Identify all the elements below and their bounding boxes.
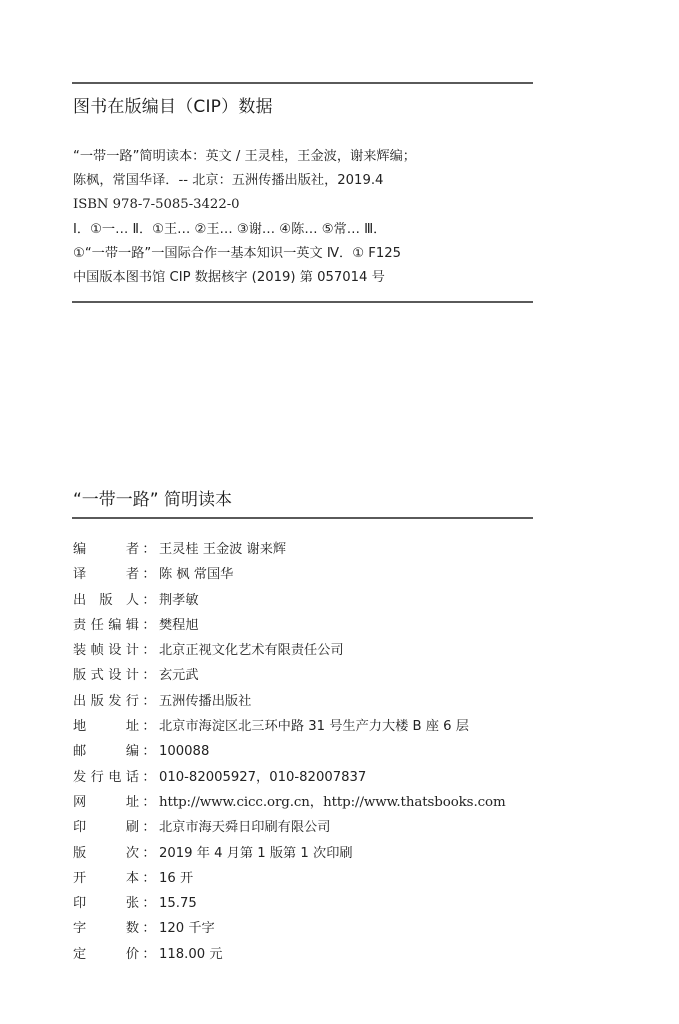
colophon-row-4: 装帧设计 ： 北京正视文化艺术有限责任公司 xyxy=(73,638,553,663)
colophon-row-2: 出版人 ： 荆孝敏 xyxy=(73,588,553,613)
colophon-row-13: 开本 ： 16 开 xyxy=(73,866,553,891)
colophon-row-colon: ： xyxy=(139,942,159,967)
colophon-label-char: 者 xyxy=(126,562,139,587)
colophon-row-label: 邮编 xyxy=(73,739,139,764)
book-title: “一带一路” 简明读本 xyxy=(73,489,232,511)
colophon-label-char: 版 xyxy=(99,588,112,613)
colophon-row-label: 责任编辑 xyxy=(73,613,139,638)
colophon-label-char: 电 xyxy=(108,765,121,790)
website-urls: http://www.cicc.org.cn，http://www.thatsb… xyxy=(159,790,553,815)
colophon-row-6: 出版发行 ： 五洲传播出版社 xyxy=(73,689,553,714)
colophon-label-char: 邮 xyxy=(73,739,86,764)
colophon-label-char: 者 xyxy=(126,537,139,562)
colophon-row-value: 陈 枫 常国华 xyxy=(159,562,553,587)
colophon-row-value: 118.00 元 xyxy=(159,942,553,967)
colophon-row-label: 发行电话 xyxy=(73,765,139,790)
colophon-row-value: 120 千字 xyxy=(159,916,553,941)
colophon-label-char: 人 xyxy=(126,588,139,613)
colophon-label-char: 址 xyxy=(126,790,139,815)
cip-bottom-rule xyxy=(72,301,533,303)
colophon-label-char: 出 xyxy=(73,588,86,613)
colophon-label-char: 计 xyxy=(126,663,139,688)
colophon-row-label: 印张 xyxy=(73,891,139,916)
colophon-label-char: 版 xyxy=(73,841,86,866)
title-rule xyxy=(72,517,533,519)
colophon-label-char: 价 xyxy=(126,942,139,967)
colophon-list: 编者 ： 王灵桂 王金波 谢来辉 译者 ： 陈 枫 常国华 出版人 ： 荆孝敏 … xyxy=(73,537,553,967)
colophon-label-char: 网 xyxy=(73,790,86,815)
colophon-row-label: 版次 xyxy=(73,841,139,866)
colophon-label-char: 任 xyxy=(91,613,104,638)
colophon-row-value: 北京市海天舜日印刷有限公司 xyxy=(159,815,553,840)
colophon-label-char: 帧 xyxy=(91,638,104,663)
colophon-row-label: 开本 xyxy=(73,866,139,891)
cip-line-isbn: ISBN 978-7-5085-3422-0 xyxy=(73,193,543,217)
colophon-row-colon: ： xyxy=(139,638,159,663)
colophon-label-char: 发 xyxy=(73,765,86,790)
colophon-label-char: 责 xyxy=(73,613,86,638)
colophon-row-value: 樊程旭 xyxy=(159,613,553,638)
colophon-row-colon: ： xyxy=(139,739,159,764)
colophon-row-value: 五洲传播出版社 xyxy=(159,689,553,714)
colophon-row-label: 装帧设计 xyxy=(73,638,139,663)
colophon-row-colon: ： xyxy=(139,663,159,688)
colophon-label-char: 编 xyxy=(73,537,86,562)
colophon-label-char: 数 xyxy=(126,916,139,941)
colophon-row-14: 印张 ： 15.75 xyxy=(73,891,553,916)
colophon-row-value: 010-82005927，010-82007837 xyxy=(159,765,553,790)
colophon-label-char: 版 xyxy=(73,663,86,688)
colophon-label-char: 行 xyxy=(126,689,139,714)
colophon-row-label: 出版人 xyxy=(73,588,139,613)
colophon-row-value: 北京正视文化艺术有限责任公司 xyxy=(159,638,553,663)
colophon-row-9: 发行电话 ： 010-82005927，010-82007837 xyxy=(73,765,553,790)
colophon-label-char: 话 xyxy=(126,765,139,790)
colophon-label-char: 发 xyxy=(108,689,121,714)
colophon-row-value: 16 开 xyxy=(159,866,553,891)
colophon-row-0: 编者 ： 王灵桂 王金波 谢来辉 xyxy=(73,537,553,562)
colophon-label-char: 出 xyxy=(73,689,86,714)
colophon-row-value: 15.75 xyxy=(159,891,553,916)
colophon-row-11: 印刷 ： 北京市海天舜日印刷有限公司 xyxy=(73,815,553,840)
colophon-row-label: 编者 xyxy=(73,537,139,562)
colophon-label-char: 本 xyxy=(126,866,139,891)
colophon-label-char: 刷 xyxy=(126,815,139,840)
cip-heading: 图书在版编目（CIP）数据 xyxy=(73,96,273,118)
colophon-row-label: 网址 xyxy=(73,790,139,815)
colophon-row-label: 译者 xyxy=(73,562,139,587)
colophon-row-7: 地址 ： 北京市海淀区北三环中路 31 号生产力大楼 B 座 6 层 xyxy=(73,714,553,739)
colophon-row-colon: ： xyxy=(139,588,159,613)
colophon-row-colon: ： xyxy=(139,714,159,739)
colophon-row-colon: ： xyxy=(139,815,159,840)
colophon-row-15: 字数 ： 120 千字 xyxy=(73,916,553,941)
colophon-label-char: 计 xyxy=(126,638,139,663)
colophon-label-char: 字 xyxy=(73,916,86,941)
cip-record: “一带一路”简明读本：英文 / 王灵桂，王金波，谢来辉编； 陈枫，常国华译．--… xyxy=(73,145,543,290)
colophon-label-char: 设 xyxy=(108,663,121,688)
colophon-row-16: 定价 ： 118.00 元 xyxy=(73,942,553,967)
colophon-label-char: 译 xyxy=(73,562,86,587)
colophon-row-value: 2019 年 4 月第 1 版第 1 次印刷 xyxy=(159,841,553,866)
colophon-label-char: 地 xyxy=(73,714,86,739)
colophon-row-10: 网址 ： http://www.cicc.org.cn，http://www.t… xyxy=(73,790,553,815)
colophon-row-value: 玄元武 xyxy=(159,663,553,688)
colophon-row-8: 邮编 ： 100088 xyxy=(73,739,553,764)
cip-line-translators-publisher: 陈枫，常国华译．-- 北京：五洲传播出版社，2019.4 xyxy=(73,169,543,193)
colophon-label-char: 次 xyxy=(126,841,139,866)
colophon-row-colon: ： xyxy=(139,790,159,815)
colophon-label-char: 编 xyxy=(108,613,121,638)
colophon-row-label: 地址 xyxy=(73,714,139,739)
colophon-row-colon: ： xyxy=(139,841,159,866)
cip-line-cip-number: 中国版本图书馆 CIP 数据核字 (2019) 第 057014 号 xyxy=(73,266,543,290)
colophon-label-char: 行 xyxy=(91,765,104,790)
colophon-row-12: 版次 ： 2019 年 4 月第 1 版第 1 次印刷 xyxy=(73,841,553,866)
colophon-label-char: 装 xyxy=(73,638,86,663)
colophon-label-char: 张 xyxy=(126,891,139,916)
colophon-row-5: 版式设计 ： 玄元武 xyxy=(73,663,553,688)
colophon-label-char: 址 xyxy=(126,714,139,739)
colophon-row-1: 译者 ： 陈 枫 常国华 xyxy=(73,562,553,587)
colophon-label-char: 版 xyxy=(91,689,104,714)
colophon-row-value: 荆孝敏 xyxy=(159,588,553,613)
cip-line-index-2: ①“一带一路”一国际合作一基本知识一英文 Ⅳ．① F125 xyxy=(73,242,543,266)
colophon-row-value: 王灵桂 王金波 谢来辉 xyxy=(159,537,553,562)
colophon-row-value: 100088 xyxy=(159,739,553,764)
colophon-row-colon: ： xyxy=(139,537,159,562)
colophon-label-char: 印 xyxy=(73,891,86,916)
cip-line-title: “一带一路”简明读本：英文 / 王灵桂，王金波，谢来辉编； xyxy=(73,145,543,169)
colophon-row-label: 定价 xyxy=(73,942,139,967)
colophon-row-label: 字数 xyxy=(73,916,139,941)
cip-top-rule xyxy=(72,82,533,84)
colophon-row-3: 责任编辑 ： 樊程旭 xyxy=(73,613,553,638)
colophon-row-colon: ： xyxy=(139,689,159,714)
colophon-row-value: 北京市海淀区北三环中路 31 号生产力大楼 B 座 6 层 xyxy=(159,714,553,739)
colophon-label-char: 编 xyxy=(126,739,139,764)
colophon-row-colon: ： xyxy=(139,562,159,587)
cip-line-index-1: Ⅰ．①一… Ⅱ．①王… ②王… ③谢… ④陈… ⑤常… Ⅲ． xyxy=(73,218,543,242)
colophon-row-label: 印刷 xyxy=(73,815,139,840)
colophon-label-char: 辑 xyxy=(126,613,139,638)
colophon-row-colon: ： xyxy=(139,916,159,941)
colophon-row-colon: ： xyxy=(139,613,159,638)
colophon-row-colon: ： xyxy=(139,891,159,916)
colophon-label-char: 开 xyxy=(73,866,86,891)
colophon-label-char: 式 xyxy=(91,663,104,688)
colophon-row-label: 出版发行 xyxy=(73,689,139,714)
colophon-row-colon: ： xyxy=(139,866,159,891)
colophon-row-label: 版式设计 xyxy=(73,663,139,688)
colophon-label-char: 印 xyxy=(73,815,86,840)
colophon-row-colon: ： xyxy=(139,765,159,790)
colophon-label-char: 定 xyxy=(73,942,86,967)
colophon-label-char: 设 xyxy=(108,638,121,663)
